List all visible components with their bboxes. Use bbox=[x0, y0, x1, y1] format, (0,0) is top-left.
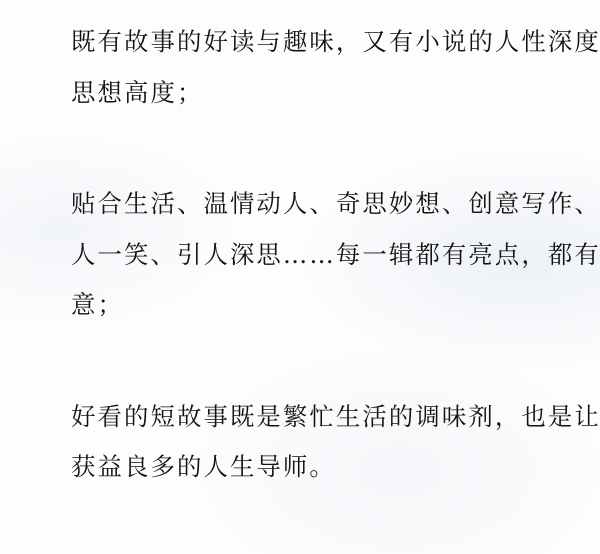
paragraph-line: 获益良多的人生导师。 bbox=[71, 452, 571, 482]
paragraph-line: 人一笑、引人深思……每一辑都有亮点，都有新 bbox=[71, 240, 571, 270]
paragraph-line: 好看的短故事既是繁忙生活的调味剂，也是让人 bbox=[71, 402, 571, 432]
paragraph-line: 意； bbox=[71, 290, 571, 320]
paragraph-line: 思想高度； bbox=[71, 78, 571, 108]
paragraph-line: 既有故事的好读与趣味，又有小说的人性深度与 bbox=[71, 27, 571, 57]
paragraph-line: 贴合生活、温情动人、奇思妙想、创意写作、博 bbox=[71, 189, 571, 219]
